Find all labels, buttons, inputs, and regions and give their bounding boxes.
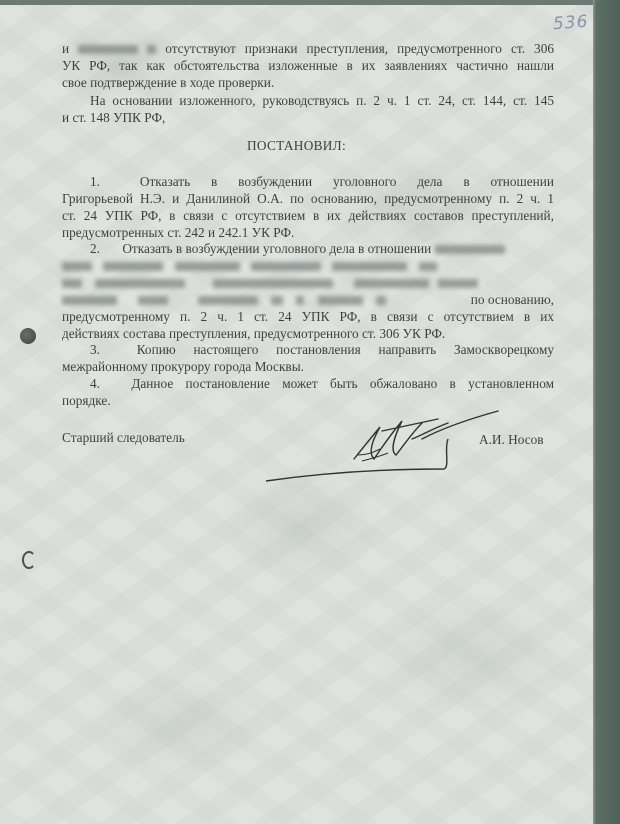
decision-item-1: 1. Отказать в возбуждении уголовного дел…: [62, 173, 554, 241]
binder-hole-partial: [22, 551, 36, 569]
handwritten-signature: [262, 409, 502, 489]
decision-item-2: 2. Отказать в возбуждении уголовного дел…: [62, 240, 554, 342]
redacted-initials: [147, 45, 156, 54]
signatory-position: Старший следователь: [62, 429, 185, 446]
basis-paragraph: На основании изложенного, руководствуясь…: [62, 92, 554, 126]
decision-item-3: 3. Копию настоящего постановления направ…: [62, 341, 554, 375]
intro-paragraph: и отсутствуют признаки преступления, пре…: [62, 40, 554, 91]
redacted-line: [62, 257, 554, 274]
redacted-names: [435, 245, 505, 254]
handwritten-page-number: 536: [552, 12, 589, 34]
intro-line-1: и отсутствуют признаки преступления, пре…: [62, 40, 554, 57]
item-number: 3.: [90, 341, 119, 358]
decision-heading: ПОСТАНОВИЛ:: [0, 138, 593, 154]
item-number: 2.: [90, 240, 119, 257]
scan-right-edge: [593, 0, 620, 824]
item-number: 4.: [90, 375, 119, 392]
item-number: 1.: [90, 173, 119, 190]
redacted-name: [78, 45, 138, 54]
decision-item-4: 4. Данное постановление может быть обжал…: [62, 375, 554, 409]
redacted-line: [62, 274, 554, 291]
document-page: 536 и отсутствуют признаки преступления,…: [0, 5, 593, 824]
binder-hole: [20, 328, 36, 344]
